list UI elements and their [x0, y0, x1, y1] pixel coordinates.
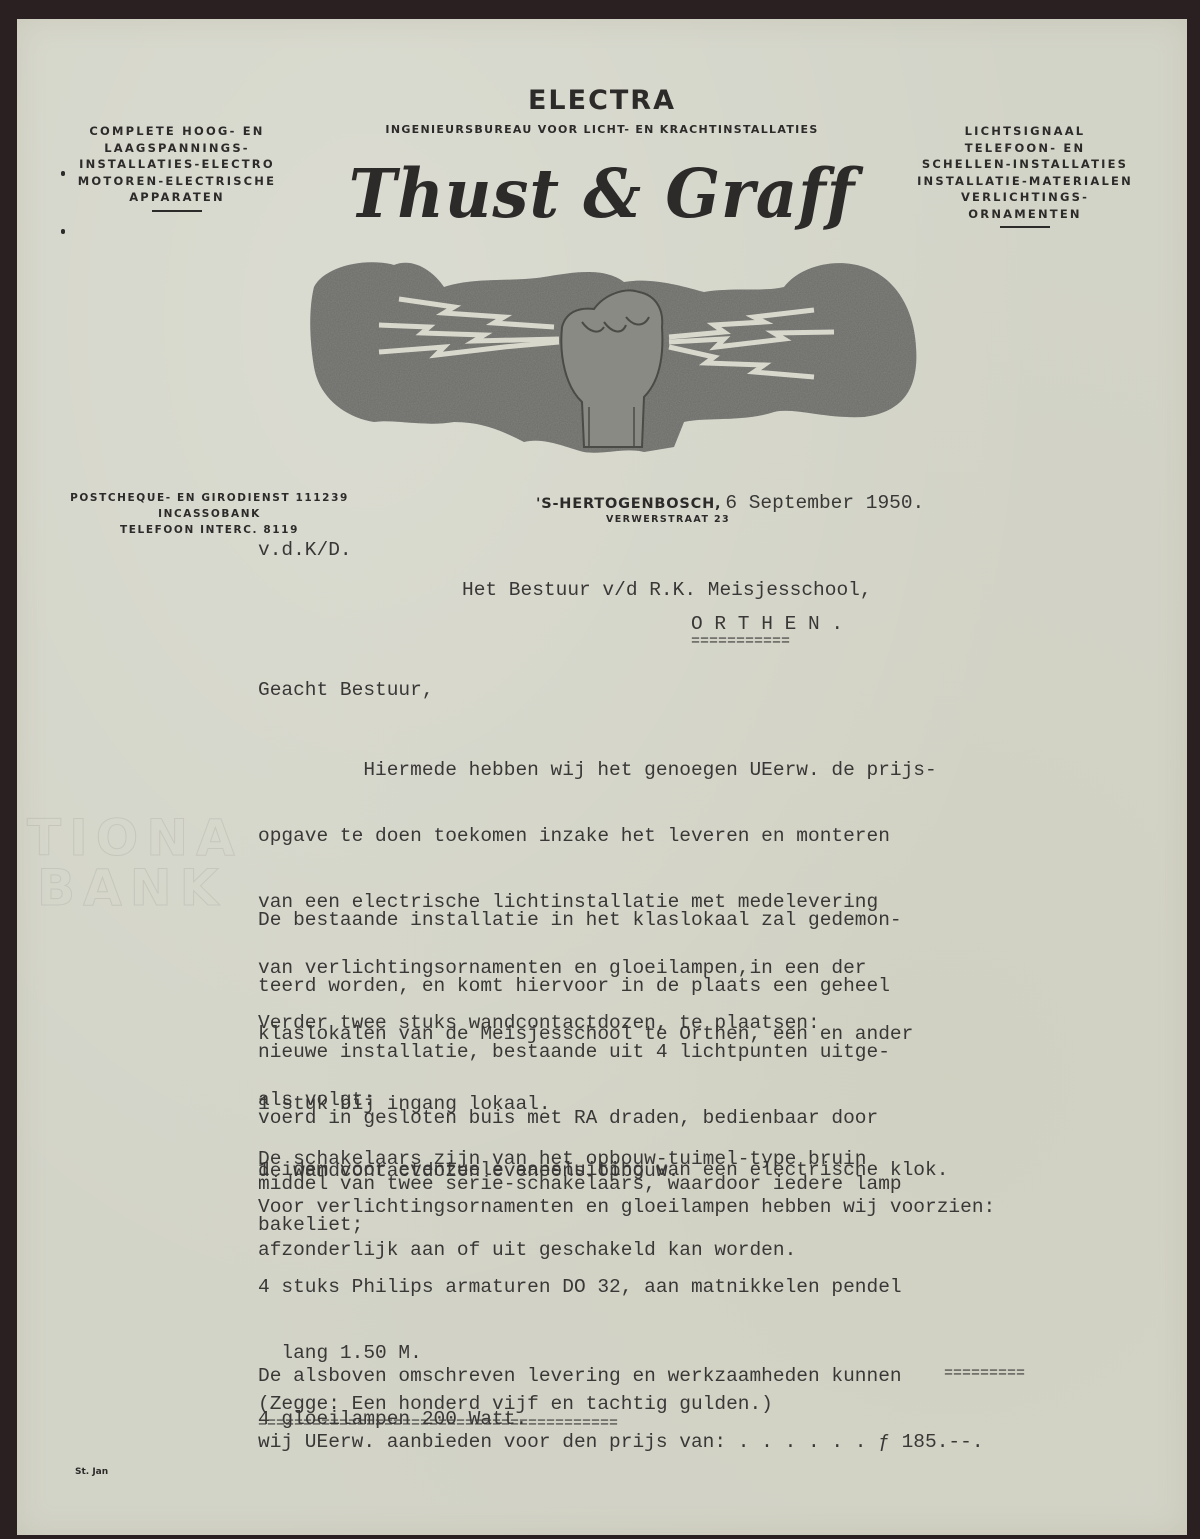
right-service-line: TELEFOON- EN	[900, 140, 1150, 157]
price-underline: =========	[944, 1363, 1025, 1385]
sockets-note: de wandcontactdozen eveneens opbouw.	[258, 1160, 679, 1182]
left-service-line: LAAGSPANNINGS-	[57, 140, 297, 157]
bank-info-block: POSTCHEQUE- EN GIRODIENST 111239 INCASSO…	[57, 490, 362, 538]
recipient: Het Bestuur v/d R.K. Meisjesschool,	[462, 579, 872, 601]
reference-code: v.d.K/D.	[258, 539, 352, 561]
fixture-item: 4 stuks Philips armaturen DO 32, aan mat…	[258, 1276, 902, 1298]
bank-info-line: INCASSOBANK	[57, 506, 362, 522]
sockets-intro: Verder twee stuks wandcontactdozen, te p…	[258, 1012, 820, 1034]
description-line: teerd worden, en komt hiervoor in de pla…	[258, 975, 902, 997]
company-subtitle: INGENIEURSBUREAU VOOR LICHT- EN KRACHTIN…	[17, 123, 1187, 136]
intro-line: opgave te doen toekomen inzake het lever…	[258, 825, 937, 847]
price-in-words: (Zegge: Een honderd vijf en tachtig guld…	[258, 1393, 773, 1415]
company-tag: ELECTRA	[17, 85, 1187, 116]
intro-line: Hiermede hebben wij het genoegen UEerw. …	[258, 759, 937, 781]
company-name: Thust & Graff	[17, 155, 1187, 234]
place-and-date: 'S-HERTOGENBOSCH, 6 September 1950.	[536, 492, 924, 514]
fist-with-lightning-bolts-icon	[304, 247, 924, 462]
price-in-words-underline: ========================================	[258, 1413, 618, 1435]
street-address: VERWERSTRAAT 23	[606, 514, 730, 525]
printer-mark: St. Jan	[75, 1467, 108, 1477]
fixtures-intro: Voor verlichtingsornamenten en gloeilamp…	[258, 1196, 995, 1218]
price-line: De alsboven omschreven levering en werkz…	[258, 1365, 984, 1387]
recipient-underline: ===========	[691, 631, 790, 653]
city: 'S-HERTOGENBOSCH,	[536, 496, 721, 512]
bank-info-line: TELEFOON INTERC. 8119	[57, 522, 362, 538]
watermark-line2: BANK	[37, 859, 226, 917]
letter-date: 6 September 1950.	[725, 492, 924, 514]
description-line: De bestaande installatie in het klasloka…	[258, 909, 902, 931]
salutation: Geacht Bestuur,	[258, 679, 434, 701]
bank-info-line: POSTCHEQUE- EN GIRODIENST 111239	[57, 490, 362, 506]
letter-paper: TIONA BANK COMPLETE HOOG- EN LAAGSPANNIN…	[17, 19, 1187, 1535]
